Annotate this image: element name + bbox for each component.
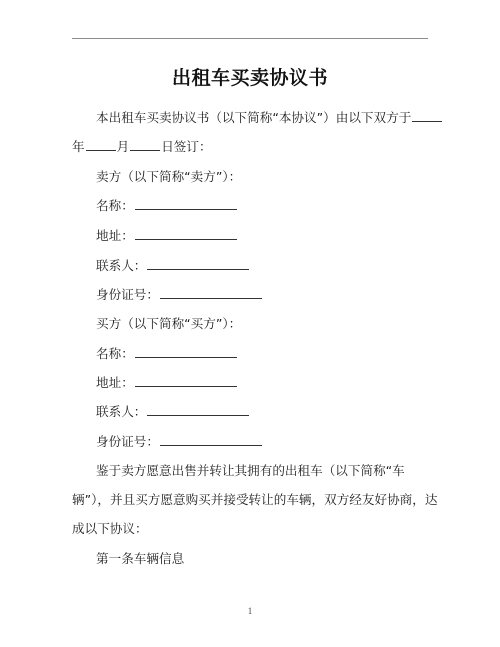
document-page: 出租车买卖协议书 本出租车买卖协议书（以下简称“本协议”）由以下双方于 年月日签… [0, 0, 500, 647]
seller-name-field: 名称： [96, 197, 238, 215]
buyer-address-field: 地址： [96, 374, 238, 392]
seller-name-blank [135, 197, 237, 210]
seller-address-field: 地址： [96, 227, 238, 245]
day-blank [130, 138, 160, 151]
day-signed-label: 日签订： [161, 139, 211, 154]
buyer-contact-blank [147, 403, 249, 416]
field-label: 联系人： [96, 404, 146, 419]
recital-line-1: 鉴于卖方愿意出售并转让其拥有的出租车（以下简称“车 [96, 462, 405, 480]
field-label: 地址： [96, 375, 134, 390]
buyer-name-field: 名称： [96, 345, 238, 363]
seller-heading: 卖方（以下简称“卖方”）： [96, 168, 241, 186]
field-label: 身份证号： [96, 434, 159, 449]
header-rule [72, 38, 428, 39]
intro-line-1: 本出租车买卖协议书（以下简称“本协议”）由以下双方于 [96, 109, 443, 127]
date-blank-start [412, 109, 442, 122]
intro-line-2: 年月日签订： [72, 138, 212, 156]
seller-id-blank [160, 286, 262, 299]
field-label: 身份证号： [96, 287, 159, 302]
month-label: 月 [117, 139, 130, 154]
page-number: 1 [0, 606, 500, 616]
year-label: 年 [72, 139, 85, 154]
buyer-name-blank [135, 345, 237, 358]
buyer-heading: 买方（以下简称“买方”）： [96, 315, 241, 333]
buyer-id-blank [160, 433, 262, 446]
seller-id-field: 身份证号： [96, 286, 263, 304]
seller-address-blank [135, 227, 237, 240]
buyer-address-blank [135, 374, 237, 387]
seller-contact-field: 联系人： [96, 257, 250, 275]
seller-contact-blank [147, 257, 249, 270]
buyer-contact-field: 联系人： [96, 403, 250, 421]
intro-text: 本出租车买卖协议书（以下简称“本协议”）由以下双方于 [96, 110, 411, 125]
field-label: 名称： [96, 346, 134, 361]
recital-line-2: 辆”），并且买方愿意购买并接受转让的车辆，双方经友好协商，达 [72, 491, 437, 509]
recital-line-3: 成以下协议： [72, 520, 148, 538]
field-label: 地址： [96, 228, 134, 243]
field-label: 联系人： [96, 258, 146, 273]
document-title: 出租车买卖协议书 [0, 64, 500, 92]
year-blank [86, 138, 116, 151]
field-label: 名称： [96, 198, 134, 213]
buyer-id-field: 身份证号： [96, 433, 263, 451]
article-1-heading: 第一条车辆信息 [96, 550, 184, 568]
